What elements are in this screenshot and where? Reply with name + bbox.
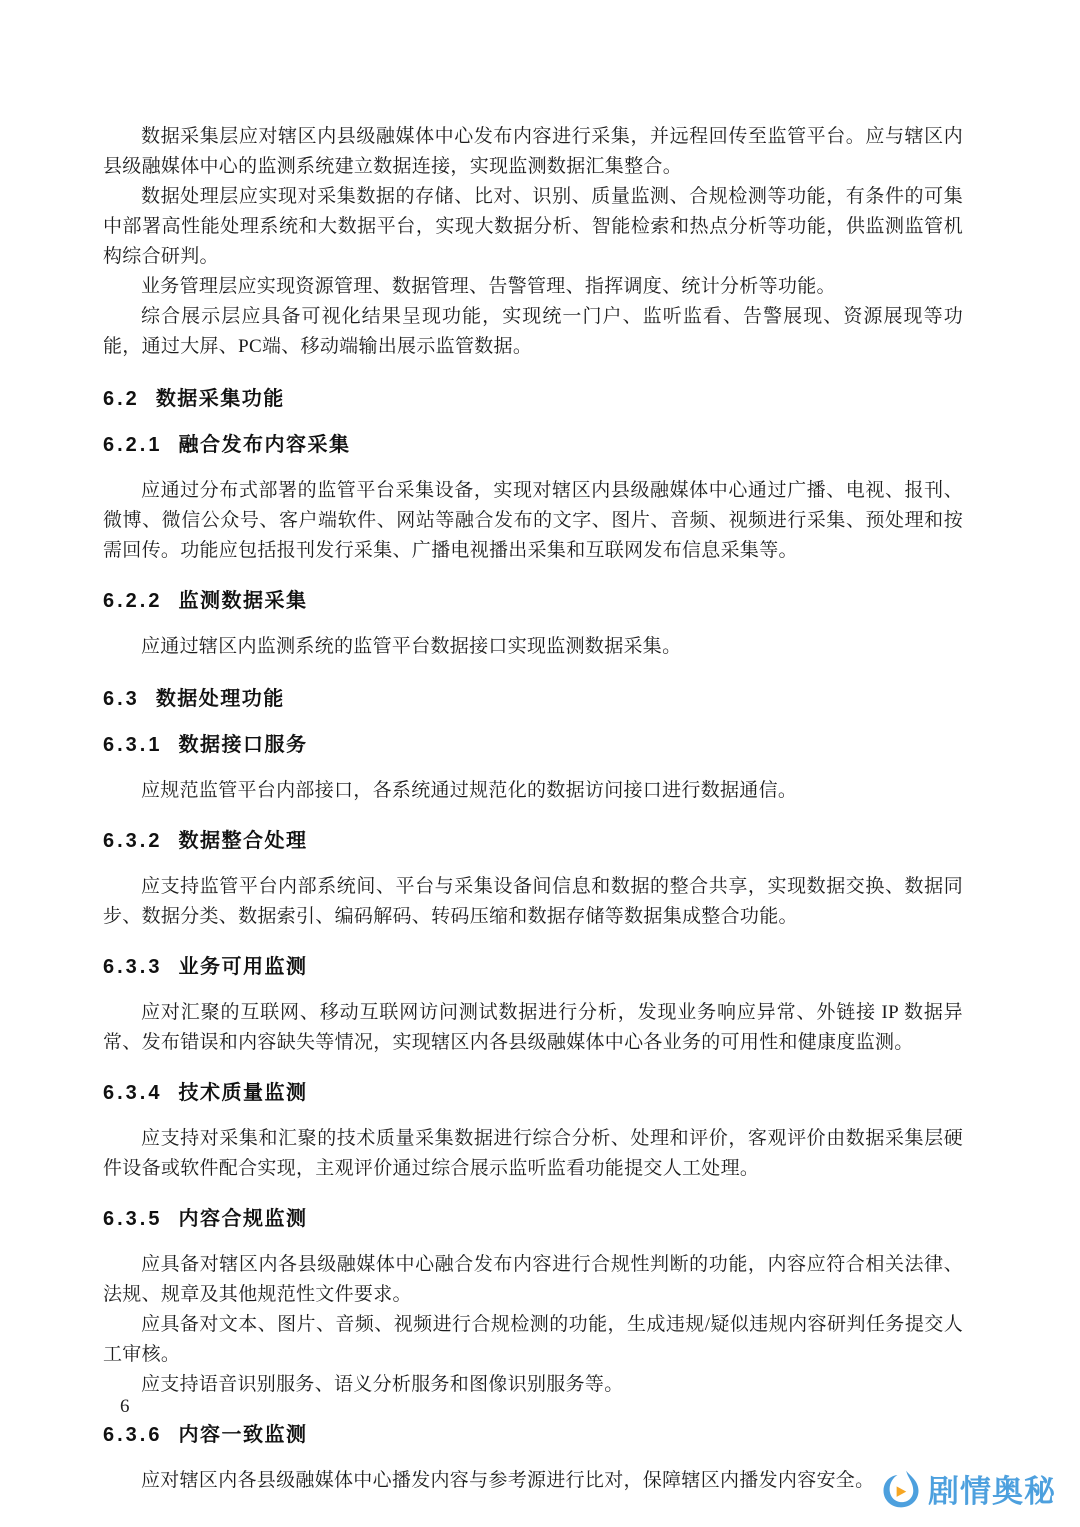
section-heading-6.3.6: 6.3.6内容一致监测 [103, 1424, 963, 1446]
body-paragraph: 应通过辖区内监测系统的监管平台数据接口实现监测数据采集。 [103, 632, 963, 662]
section-number: 6.2.2 [103, 590, 162, 612]
body-paragraph: 应对汇聚的互联网、移动互联网访问测试数据进行分析，发现业务响应异常、外链接 IP… [103, 998, 963, 1058]
watermark: 剧情奥秘 [880, 1466, 1056, 1511]
body-paragraph: 业务管理层应实现资源管理、数据管理、告警管理、指挥调度、统计分析等功能。 [103, 272, 963, 302]
section-number: 6.3.3 [103, 956, 162, 978]
section-title: 业务可用监测 [178, 956, 307, 978]
section-heading-6.3: 6.3数据处理功能 [103, 688, 963, 710]
section-title: 数据整合处理 [178, 830, 307, 852]
section-title: 内容合规监测 [178, 1208, 307, 1230]
section-number: 6.3.6 [103, 1424, 162, 1446]
body-paragraph: 应对辖区内各县级融媒体中心播发内容与参考源进行比对，保障辖区内播发内容安全。 [103, 1466, 963, 1496]
section-number: 6.3.1 [103, 734, 162, 756]
body-paragraph: 应支持语音识别服务、语义分析服务和图像识别服务等。 [103, 1370, 963, 1400]
body-paragraph: 应具备对文本、图片、音频、视频进行合规检测的功能，生成违规/疑似违规内容研判任务… [103, 1310, 963, 1370]
section-heading-6.3.1: 6.3.1数据接口服务 [103, 734, 963, 756]
section-number: 6.3 [103, 688, 140, 710]
watermark-text: 剧情奥秘 [928, 1466, 1056, 1511]
section-heading-6.3.5: 6.3.5内容合规监测 [103, 1208, 963, 1230]
document-content: 数据采集层应对辖区内县级融媒体中心发布内容进行采集，并远程回传至监管平台。应与辖… [103, 122, 963, 1496]
section-title: 监测数据采集 [178, 590, 307, 612]
body-paragraph: 应通过分布式部署的监管平台采集设备，实现对辖区内县级融媒体中心通过广播、电视、报… [103, 476, 963, 566]
section-title: 数据处理功能 [156, 688, 285, 710]
section-number: 6.3.2 [103, 830, 162, 852]
page-number: 6 [120, 1396, 130, 1418]
section-heading-6.2.2: 6.2.2监测数据采集 [103, 590, 963, 612]
body-paragraph: 数据采集层应对辖区内县级融媒体中心发布内容进行采集，并远程回传至监管平台。应与辖… [103, 122, 963, 182]
section-title: 数据接口服务 [178, 734, 307, 756]
section-number: 6.2.1 [103, 434, 162, 456]
section-title: 融合发布内容采集 [178, 434, 350, 456]
section-heading-6.3.4: 6.3.4技术质量监测 [103, 1082, 963, 1104]
body-paragraph: 应具备对辖区内各县级融媒体中心融合发布内容进行合规性判断的功能，内容应符合相关法… [103, 1250, 963, 1310]
body-paragraph: 综合展示层应具备可视化结果呈现功能，实现统一门户、监听监看、告警展现、资源展现等… [103, 302, 963, 362]
document-page: 数据采集层应对辖区内县级融媒体中心发布内容进行采集，并远程回传至监管平台。应与辖… [0, 0, 1080, 1527]
body-paragraph: 应规范监管平台内部接口，各系统通过规范化的数据访问接口进行数据通信。 [103, 776, 963, 806]
section-heading-6.3.2: 6.3.2数据整合处理 [103, 830, 963, 852]
body-paragraph: 应支持对采集和汇聚的技术质量采集数据进行综合分析、处理和评价，客观评价由数据采集… [103, 1124, 963, 1184]
section-heading-6.2.1: 6.2.1融合发布内容采集 [103, 434, 963, 456]
section-number: 6.3.4 [103, 1082, 162, 1104]
section-title: 内容一致监测 [178, 1424, 307, 1446]
section-title: 数据采集功能 [156, 388, 285, 410]
section-heading-6.3.3: 6.3.3业务可用监测 [103, 956, 963, 978]
section-heading-6.2: 6.2数据采集功能 [103, 388, 963, 410]
section-title: 技术质量监测 [178, 1082, 307, 1104]
section-number: 6.2 [103, 388, 140, 410]
section-number: 6.3.5 [103, 1208, 162, 1230]
body-paragraph: 数据处理层应实现对采集数据的存储、比对、识别、质量监测、合规检测等功能，有条件的… [103, 182, 963, 272]
body-paragraph: 应支持监管平台内部系统间、平台与采集设备间信息和数据的整合共享，实现数据交换、数… [103, 872, 963, 932]
play-droplet-icon [880, 1468, 922, 1510]
